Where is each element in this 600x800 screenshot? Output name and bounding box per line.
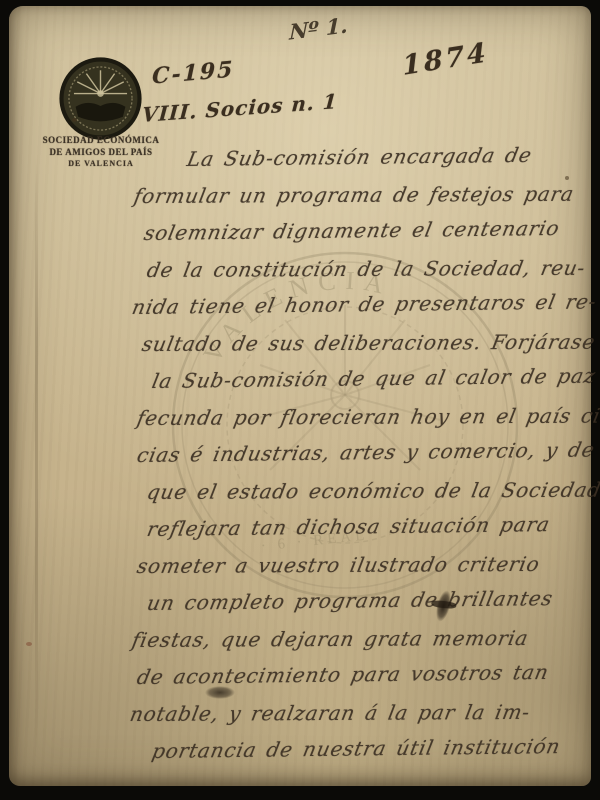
manuscript-body: La Sub-comisión encargada de formular un… [9,147,591,787]
series-annotation: VIII. Socios n. 1 [141,89,338,127]
manuscript-line: nida tiene el honor de presentaros el re… [130,289,599,319]
manuscript-line: formular un programa de festejos para [132,182,576,208]
paper-speck [72,118,77,122]
manuscript-line: que el estado económico de la Sociedad [145,478,600,504]
manuscript-line: sultado de sus deliberaciones. Forjárase [140,330,597,356]
manuscript-line: de la constitución de la Sociedad, reu- [145,256,588,282]
page-number-annotation: Nº 1. [289,12,348,44]
manuscript-line: cias é industrias, artes y comercio, y d… [135,437,597,467]
manuscript-line: fiestas, que dejaran grata memoria [130,626,531,652]
scan-background: { "annotations": { "page_number": "Nº 1.… [0,0,600,800]
letterhead-line: SOCIEDAD ECONÓMICA [31,135,171,145]
paper-speck [565,176,569,180]
manuscript-line: La Sub-comisión encargada de [185,143,534,171]
catalog-code-annotation: C-195 [152,56,235,89]
manuscript-page: VALENCIA · 6 · REAL Nº 1. SOCIEDAD ECONÓ… [9,6,591,786]
manuscript-line: portancia de nuestra útil institución [150,734,563,763]
manuscript-line: solemnizar dignamente el centenario [142,216,562,245]
manuscript-line: someter a vuestro ilustrado criterio [135,552,542,578]
manuscript-line: de acontecimiento para vosotros tan [135,660,551,689]
society-seal-icon [59,57,142,140]
manuscript-line: reflejara tan dichosa situación para [145,512,552,541]
year-annotation: 1874 [401,37,489,82]
manuscript-line: un completo programa de brillantes [145,586,555,615]
manuscript-line: la Sub-comisión de que al calor de paz [150,364,598,393]
manuscript-line: notable, y realzaran á la par la im- [128,700,532,726]
manuscript-line: fecunda por florecieran hoy en el país c… [135,403,600,430]
paper-speck [26,642,32,646]
